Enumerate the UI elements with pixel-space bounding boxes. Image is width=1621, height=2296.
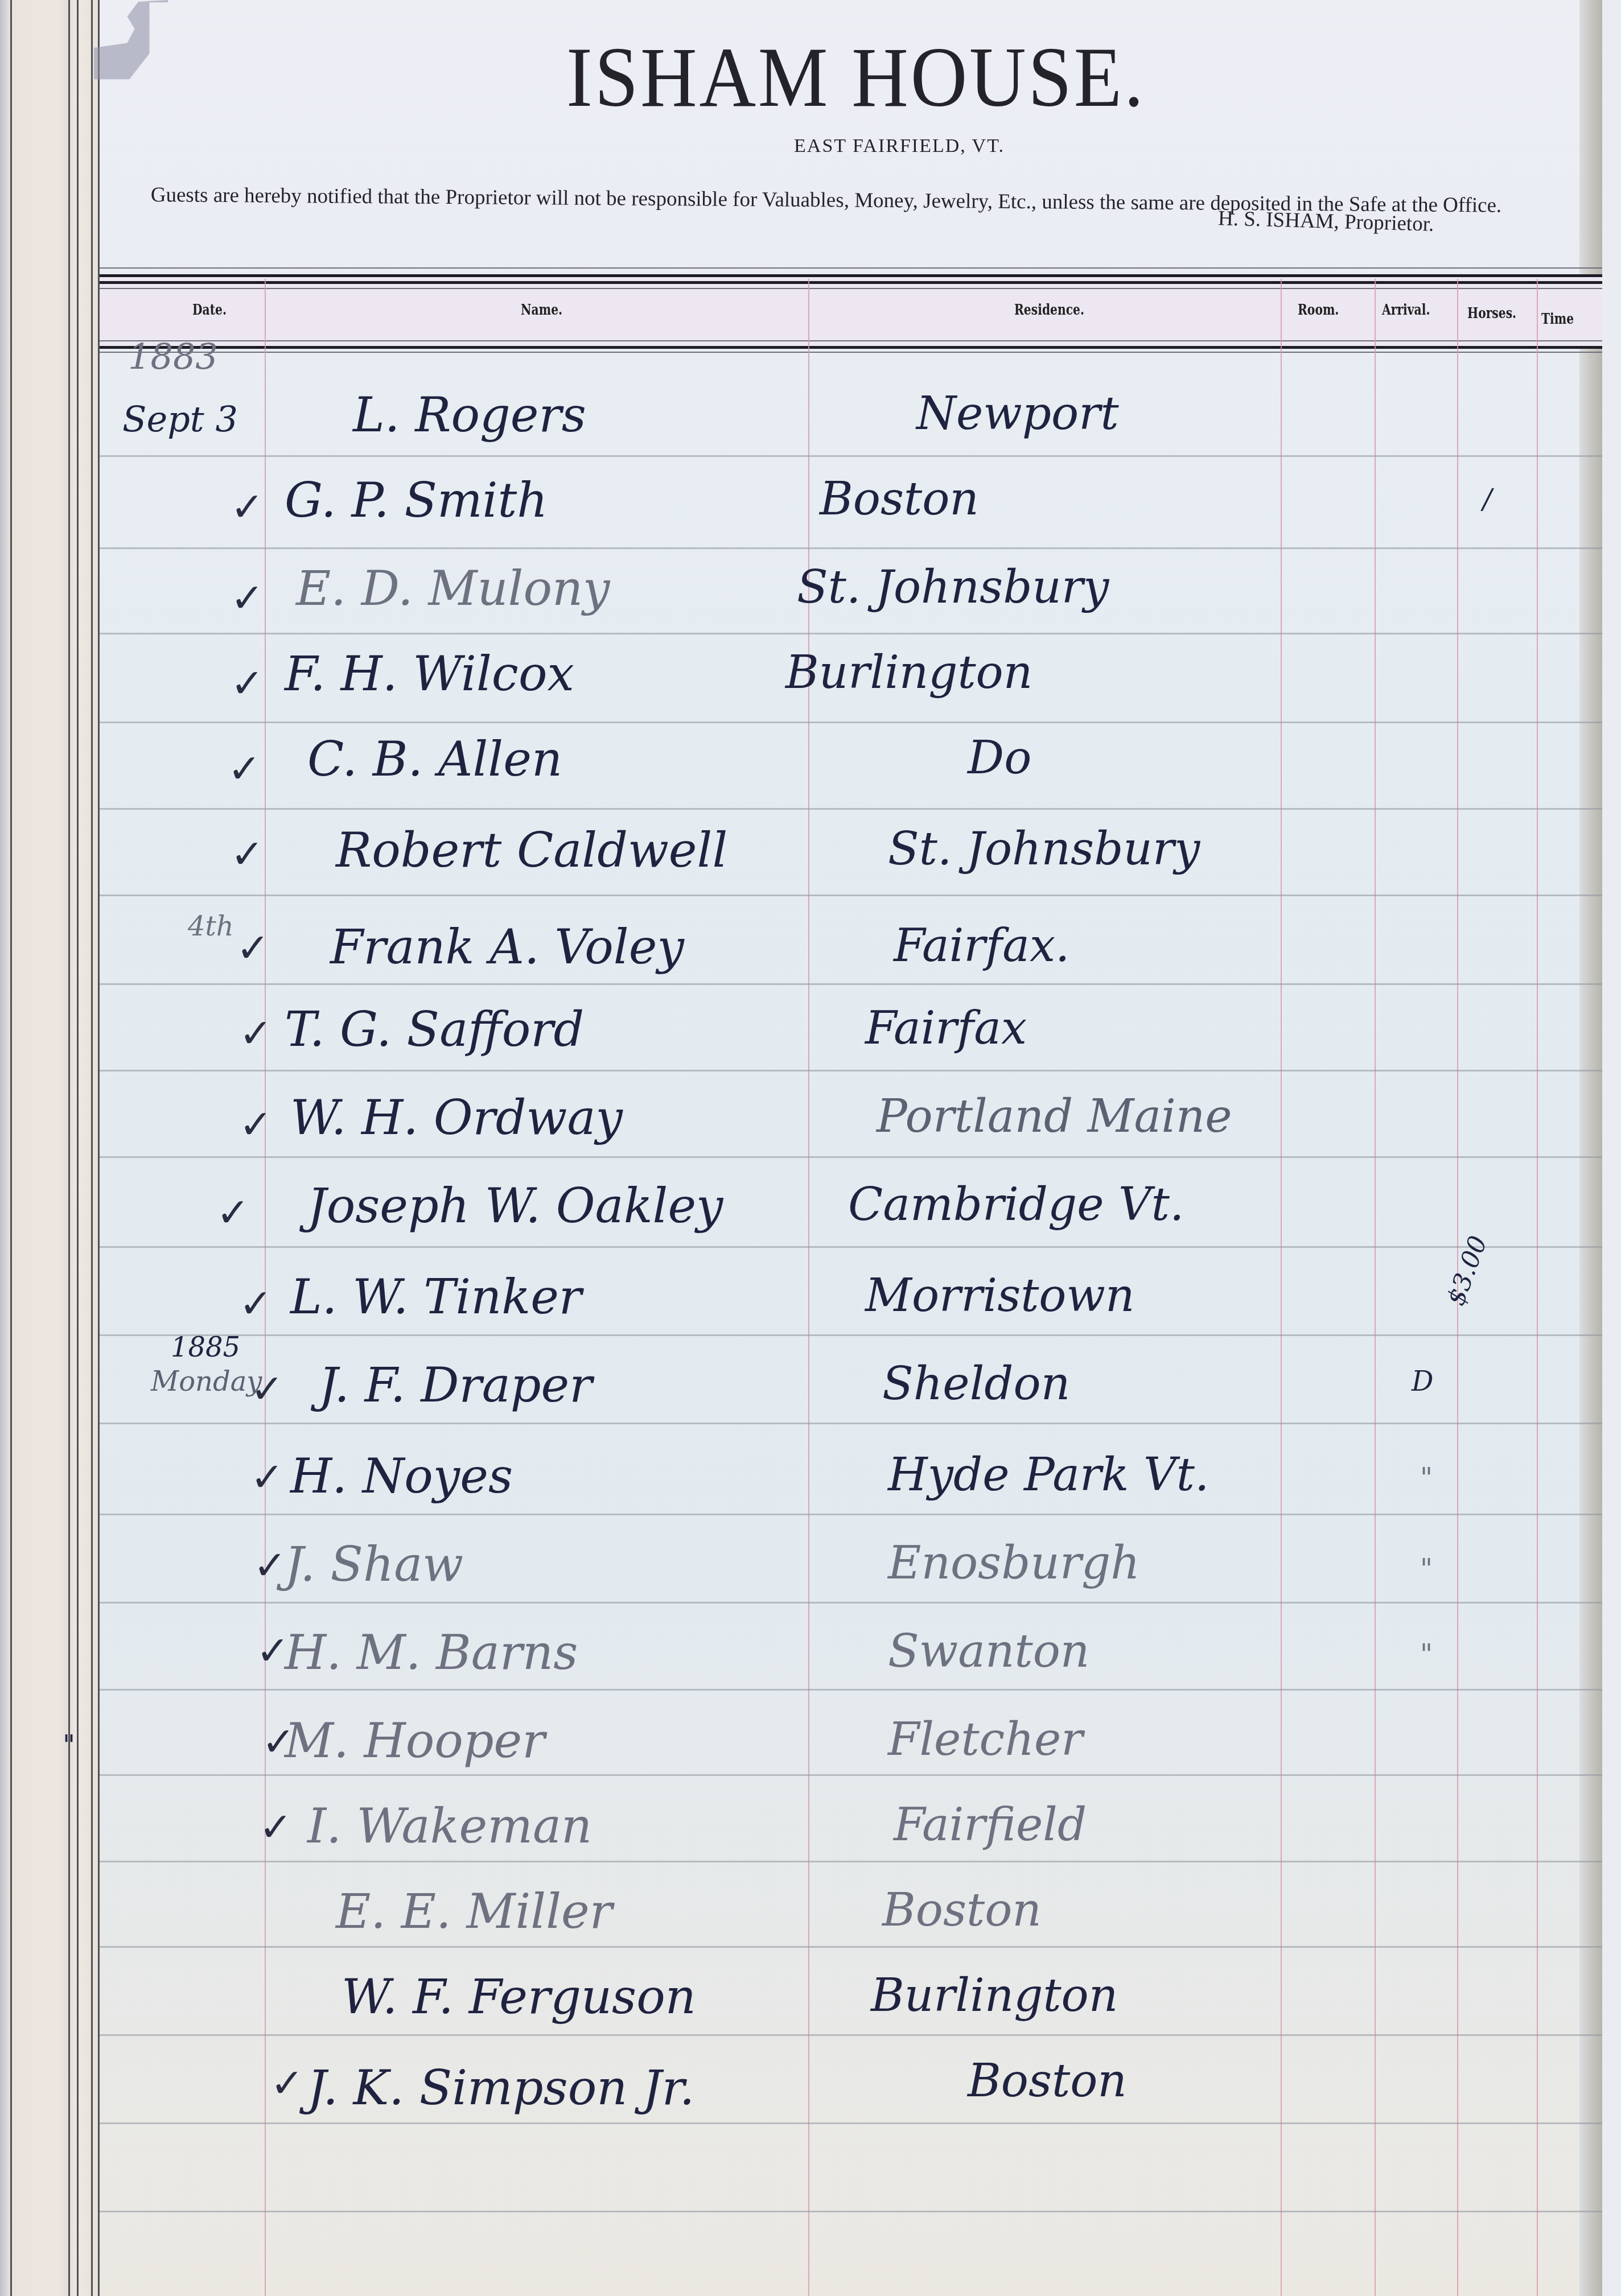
guest-residence: Boston	[820, 472, 979, 525]
column-header-band	[100, 274, 1602, 347]
page-edge-line	[10, 0, 12, 2296]
guest-residence: Morristown	[865, 1269, 1135, 1322]
guest-residence: Fairfax.	[894, 919, 1069, 972]
check-mark-icon: ✓	[253, 1542, 287, 1589]
column-header-arrival: Arrival.	[1382, 302, 1430, 319]
check-mark-icon: ✓	[231, 575, 264, 621]
guest-name: E. E. Miller	[336, 1883, 612, 1939]
column-header-room: Room.	[1298, 302, 1339, 319]
guest-residence: St. Johnsbury	[888, 822, 1200, 875]
row-ruling	[100, 1156, 1602, 1158]
column-header-time: Time	[1541, 311, 1574, 328]
row-ruling	[100, 1070, 1602, 1071]
guest-residence: Sheldon	[882, 1357, 1070, 1410]
guest-name: W. H. Ordway	[290, 1090, 623, 1145]
guest-name: Robert Caldwell	[336, 822, 727, 878]
page-edge-line	[91, 0, 93, 2296]
row-ruling	[100, 983, 1602, 985]
guest-name: J. K. Simpson Jr.	[307, 2060, 694, 2116]
page-edge-line	[77, 0, 79, 2296]
row-ruling	[100, 1861, 1602, 1862]
check-mark-icon: ✓	[216, 1189, 250, 1236]
arrival-mark: /	[1483, 484, 1492, 516]
row-ruling	[100, 1689, 1602, 1691]
check-mark-icon: ✓	[236, 925, 270, 971]
column-header-date: Date.	[192, 302, 227, 319]
guest-residence: Fairfax	[865, 1001, 1027, 1054]
arrival-mark: D	[1412, 1366, 1433, 1398]
header-rule	[100, 274, 1602, 277]
guest-residence: Burlington	[871, 1969, 1118, 2022]
guest-name: C. B. Allen	[307, 731, 562, 787]
header-rule	[100, 340, 1602, 341]
row-ruling	[100, 1423, 1602, 1424]
register-location: EAST FAIRFIELD, VT.	[683, 135, 1116, 157]
column-header-name: Name.	[521, 302, 562, 319]
guest-name: H. Noyes	[290, 1448, 513, 1504]
guest-residence: Do	[968, 731, 1031, 784]
guest-name: Frank A. Voley	[330, 919, 684, 975]
guest-residence: Hyde Park Vt.	[888, 1448, 1209, 1501]
register-title: ISHAM HOUSE.	[489, 28, 1223, 126]
check-mark-icon: ✓	[250, 1366, 284, 1412]
row-ruling	[100, 2034, 1602, 2036]
book-binding	[0, 0, 100, 2296]
column-header-residence: Residence.	[1014, 302, 1084, 319]
header-rule	[100, 352, 1602, 353]
row-ruling	[100, 808, 1602, 810]
check-mark-icon: ✓	[239, 1101, 273, 1148]
margin-ditto-mark: "	[63, 1730, 75, 1762]
header-rule	[100, 346, 1602, 349]
guest-name: L. Rogers	[353, 387, 586, 443]
guest-residence: Enosburgh	[888, 1536, 1140, 1589]
column-header-horses: Horses.	[1467, 305, 1516, 322]
date-monday: Monday	[151, 1366, 262, 1398]
row-ruling	[100, 722, 1602, 723]
row-ruling	[100, 1602, 1602, 1604]
check-mark-icon: ✓	[239, 1280, 273, 1327]
row-ruling	[100, 547, 1602, 549]
check-mark-icon: ✓	[231, 484, 264, 530]
check-mark-icon: ✓	[231, 660, 264, 707]
guest-residence: Swanton	[888, 1625, 1089, 1677]
date-year-1885: 1885	[171, 1332, 240, 1363]
guest-name: I. Wakeman	[307, 1798, 592, 1854]
check-mark-icon: ✓	[239, 1010, 273, 1057]
guest-name: G. P. Smith	[285, 472, 548, 528]
date-4th: 4th	[188, 910, 234, 942]
row-ruling	[100, 1334, 1602, 1336]
column-divider	[1281, 279, 1282, 2296]
arrival-ditto: "	[1420, 1639, 1433, 1671]
row-ruling	[100, 1774, 1602, 1776]
row-ruling	[100, 455, 1602, 457]
guest-residence: Cambridge Vt.	[848, 1178, 1184, 1231]
guest-name: T. G. Safford	[285, 1001, 584, 1057]
guest-residence: Newport	[916, 387, 1119, 440]
row-ruling	[100, 633, 1602, 634]
guest-name: J. F. Draper	[319, 1357, 592, 1413]
arrival-ditto: "	[1420, 1462, 1433, 1494]
guest-residence: Boston	[882, 1883, 1042, 1936]
column-divider	[1537, 279, 1538, 2296]
guest-name: J. Shaw	[285, 1536, 463, 1592]
guest-residence: St. Johnsbury	[797, 560, 1109, 613]
header-rule	[100, 281, 1602, 284]
check-mark-icon: ✓	[250, 1454, 284, 1501]
header-rule	[100, 288, 1602, 289]
guest-residence: Fairfield	[894, 1798, 1087, 1851]
row-ruling	[100, 1246, 1602, 1248]
guest-name: E. D. Mulony	[296, 560, 610, 616]
check-mark-icon: ✓	[270, 2060, 304, 2107]
page-edge-line	[68, 0, 70, 2296]
arrival-ditto: "	[1420, 1553, 1433, 1585]
guest-residence: Fletcher	[888, 1713, 1083, 1766]
row-ruling	[100, 895, 1602, 896]
guest-name: H. M. Barns	[285, 1625, 578, 1680]
guest-residence: Portland Maine	[877, 1090, 1232, 1143]
guest-residence: Burlington	[785, 646, 1032, 699]
guest-name: M. Hooper	[285, 1713, 545, 1769]
column-divider	[1375, 279, 1376, 2296]
check-mark-icon: ✓	[228, 745, 261, 792]
guest-name: W. F. Ferguson	[342, 1969, 696, 2025]
row-ruling	[100, 1946, 1602, 1948]
date-sept-3: Sept 3	[122, 398, 238, 440]
header-rule	[100, 267, 1602, 269]
row-ruling	[100, 1514, 1602, 1515]
guest-name: F. H. Wilcox	[285, 646, 574, 702]
guest-name: Joseph W. Oakley	[307, 1178, 723, 1234]
date-year-1883: 1883	[128, 336, 218, 377]
row-ruling	[100, 2211, 1602, 2212]
guest-residence: Boston	[968, 2054, 1127, 2107]
check-mark-icon: ✓	[231, 831, 264, 877]
guest-name: L. W. Tinker	[290, 1269, 582, 1325]
row-ruling	[100, 2122, 1602, 2124]
check-mark-icon: ✓	[259, 1804, 293, 1850]
